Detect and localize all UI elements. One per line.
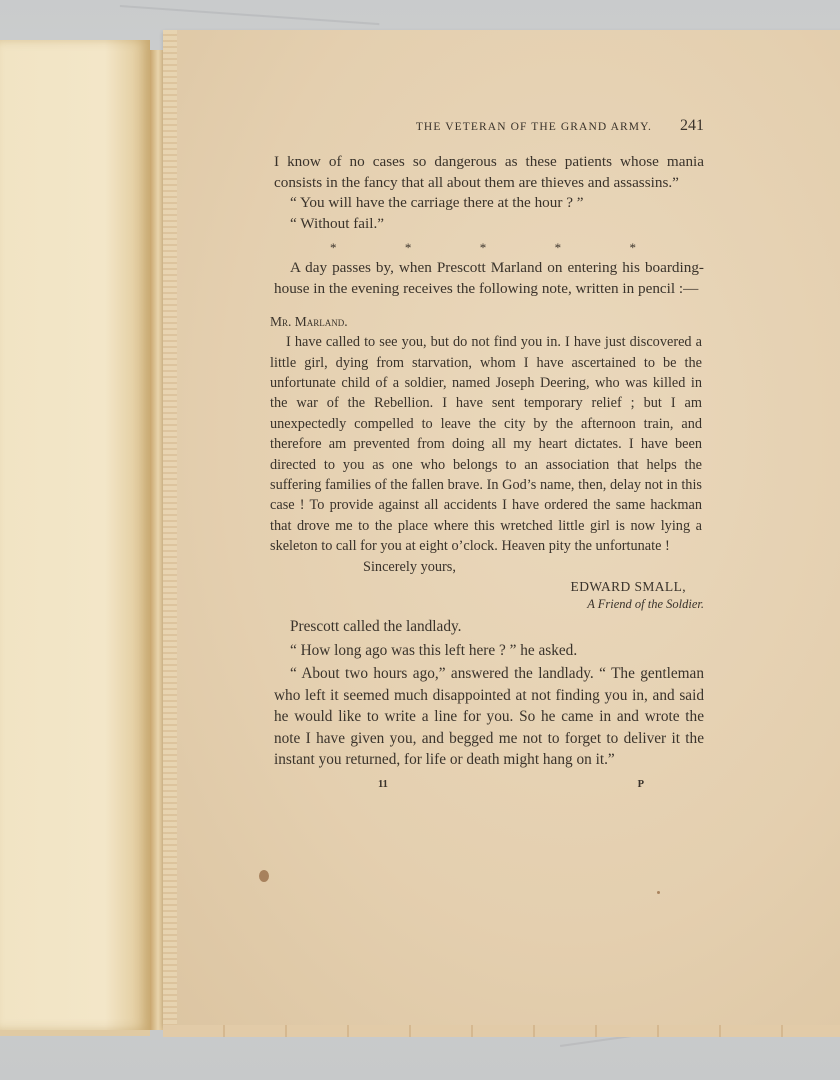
signature-mark: 11 — [378, 775, 388, 796]
asterisk: * — [405, 238, 412, 258]
asterisk: * — [630, 238, 637, 258]
paragraph: Prescott called the landlady. — [274, 616, 704, 638]
page-number: 241 — [680, 116, 704, 137]
paragraph: I know of no cases so dangerous as these… — [274, 152, 704, 193]
signature-letter: P — [638, 775, 644, 796]
paragraph: “ About two hours ago,” answered the lan… — [274, 663, 704, 771]
ink-stain — [657, 891, 660, 894]
letter-closing: Sincerely yours, — [270, 557, 702, 577]
page-text: THE VETERAN OF THE GRAND ARMY. 241 I kno… — [274, 116, 704, 795]
page-footer: 11 P — [274, 771, 704, 796]
marble-vein — [120, 5, 380, 25]
paragraph: “ How long ago was this left here ? ” he… — [274, 640, 704, 662]
section-break: * * * * * — [274, 234, 704, 258]
running-title: THE VETERAN OF THE GRAND ARMY. — [416, 117, 652, 138]
intro-paragraph: A day passes by, when Prescott Marland o… — [274, 258, 704, 299]
left-page — [0, 40, 150, 1036]
letter-salutation: Mr. Marland. — [270, 312, 704, 333]
running-head: THE VETERAN OF THE GRAND ARMY. 241 — [274, 116, 704, 138]
paragraph: “ Without fail.” — [274, 214, 704, 235]
letter-body: I have called to see you, but do not fin… — [270, 332, 702, 556]
asterisk: * — [480, 238, 487, 258]
asterisk: * — [330, 238, 337, 258]
page-binding-edge — [163, 30, 177, 1025]
ink-stain — [259, 870, 269, 882]
asterisk: * — [555, 238, 562, 258]
paragraph: “ You will have the carriage there at th… — [274, 193, 704, 214]
letter-signature-title: A Friend of the Soldier. — [274, 594, 704, 615]
